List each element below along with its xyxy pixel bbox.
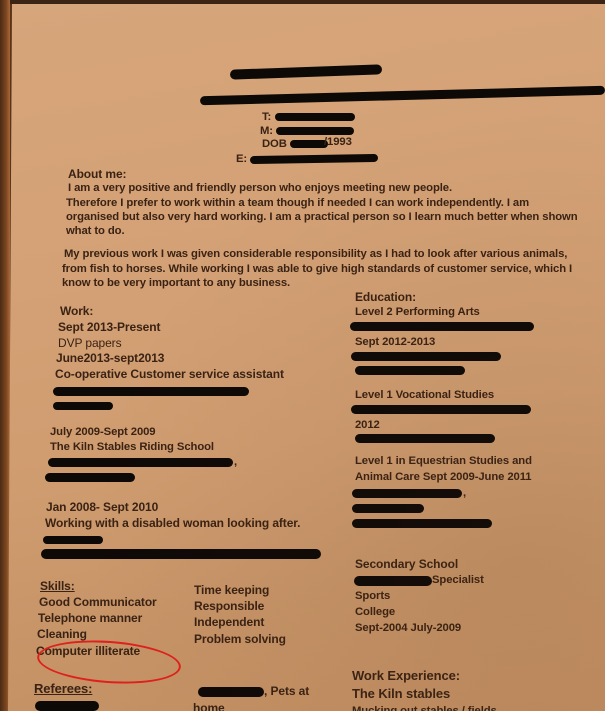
redacted-job-address bbox=[48, 458, 233, 467]
education-heading: Education: bbox=[355, 290, 416, 305]
about-heading: About me: bbox=[68, 167, 126, 182]
education-title: Level 1 Vocational Studies bbox=[355, 388, 494, 403]
redacted-institution bbox=[352, 489, 462, 498]
about-line: from fish to horses. While working I was… bbox=[62, 262, 572, 277]
comma: , bbox=[463, 486, 466, 501]
secondary-sports: Sports bbox=[355, 589, 390, 604]
redacted-institution bbox=[355, 434, 495, 443]
skill-item: Cleaning bbox=[37, 627, 87, 642]
work-experience-place: The Kiln stables bbox=[352, 686, 450, 701]
job-title: The Kiln Stables Riding School bbox=[50, 440, 214, 455]
work-experience-heading: Work Experience: bbox=[352, 668, 460, 683]
skills-heading: Skills: bbox=[40, 579, 75, 594]
redacted-job-county bbox=[53, 402, 113, 410]
dob-year: /1993 bbox=[324, 135, 352, 150]
skill-item: Telephone manner bbox=[38, 611, 142, 626]
secondary-heading: Secondary School bbox=[355, 557, 458, 572]
about-line: organised but also very hard working. I … bbox=[66, 210, 578, 225]
redacted-mobile bbox=[276, 127, 354, 135]
job-dates: June2013-sept2013 bbox=[56, 351, 164, 366]
about-line: My previous work I was given considerabl… bbox=[64, 247, 567, 262]
job-dates: Sept 2013-Present bbox=[58, 320, 160, 335]
education-title: Level 1 in Equestrian Studies and bbox=[355, 454, 532, 469]
redacted-address bbox=[200, 86, 605, 106]
skill-item: Good Communicator bbox=[39, 595, 157, 610]
redacted-job-address bbox=[53, 387, 249, 396]
dob-label: DOB bbox=[262, 137, 287, 152]
skill-item: Independent bbox=[194, 615, 264, 630]
photo-top-edge bbox=[0, 0, 605, 4]
skill-item: Problem solving bbox=[194, 632, 286, 647]
job-dates: Jan 2008- Sept 2010 bbox=[46, 500, 158, 515]
redacted-institution bbox=[351, 405, 531, 414]
cv-page: T: M: DOB /1993 E: About me: I am a very… bbox=[8, 4, 605, 711]
education-dates: Sept 2012-2013 bbox=[355, 335, 435, 350]
redacted-dob bbox=[290, 140, 328, 148]
redacted-institution bbox=[355, 366, 465, 375]
phone-label: T: bbox=[262, 110, 271, 125]
comma: , bbox=[234, 455, 237, 470]
redacted-phone bbox=[275, 113, 355, 121]
redacted-institution bbox=[350, 322, 534, 331]
redacted-school bbox=[354, 576, 432, 586]
education-title: Animal Care Sept 2009-June 2011 bbox=[355, 470, 532, 485]
redacted-email bbox=[250, 154, 378, 164]
table-edge bbox=[0, 0, 10, 711]
education-title: Level 2 Performing Arts bbox=[355, 305, 480, 320]
redacted-name bbox=[230, 64, 382, 79]
about-line: I am a very positive and friendly person… bbox=[68, 181, 452, 196]
job-dates: July 2009-Sept 2009 bbox=[50, 425, 156, 440]
work-heading: Work: bbox=[60, 304, 93, 319]
secondary-college: College bbox=[355, 605, 395, 620]
referee-line2: home bbox=[193, 701, 225, 711]
about-line: know to be very important to any busines… bbox=[62, 276, 290, 291]
secondary-dates: Sept-2004 July-2009 bbox=[355, 621, 461, 636]
about-line: what to do. bbox=[66, 224, 125, 239]
about-line: Therefore I prefer to work within a team… bbox=[66, 196, 529, 211]
skill-item: Responsible bbox=[194, 599, 264, 614]
skill-item: Time keeping bbox=[194, 583, 269, 598]
redacted-institution bbox=[351, 352, 501, 361]
referees-heading: Referees: bbox=[34, 681, 92, 696]
job-title: Working with a disabled woman looking af… bbox=[45, 516, 300, 531]
redacted-job-county bbox=[45, 473, 135, 482]
referee-suffix: , Pets at bbox=[264, 684, 309, 699]
email-label: E: bbox=[236, 152, 247, 167]
education-dates: 2012 bbox=[355, 418, 380, 433]
job-title: Co-operative Customer service assistant bbox=[55, 367, 284, 382]
job-title: DVP papers bbox=[58, 336, 121, 351]
redacted-institution bbox=[352, 504, 424, 513]
work-experience-duty: Mucking out stables / fields bbox=[352, 704, 497, 711]
redacted-referee bbox=[198, 687, 264, 697]
redacted-referee bbox=[35, 701, 99, 711]
redacted-employer-address bbox=[41, 549, 321, 559]
secondary-specialist: Specialist bbox=[432, 573, 484, 588]
redacted-employer bbox=[43, 536, 103, 544]
redacted-institution bbox=[352, 519, 492, 528]
